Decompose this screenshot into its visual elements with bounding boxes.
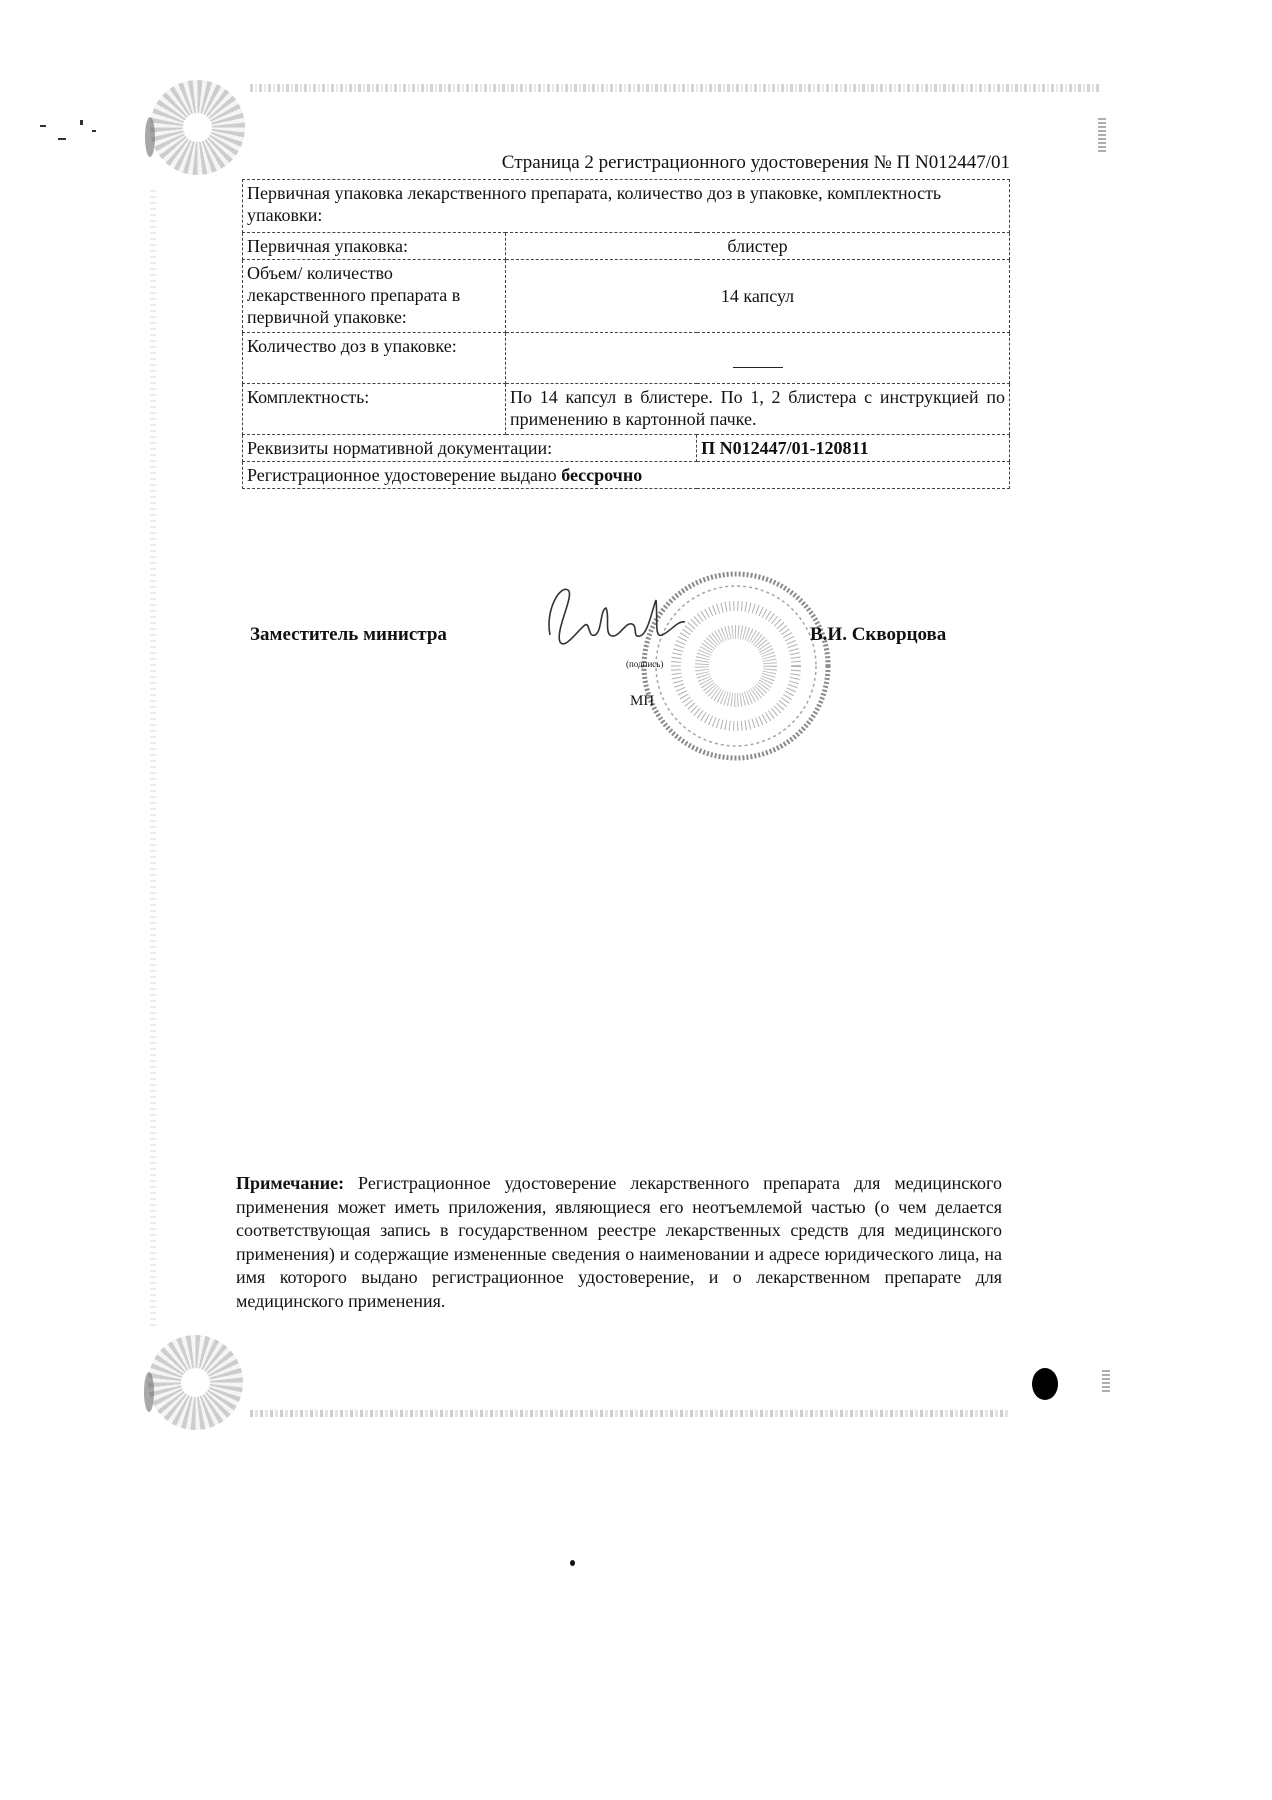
table-header-cell: Первичная упаковка лекарственного препар… (243, 180, 1010, 233)
scan-speck (40, 125, 46, 127)
registration-table: Первичная упаковка лекарственного препар… (242, 179, 1010, 489)
table-row: Комплектность: По 14 капсул в блистере. … (243, 384, 1010, 435)
seal-place-label: МП (630, 693, 654, 710)
ornament-edge-icon (1102, 1370, 1110, 1392)
validity-cell: Регистрационное удостоверение выдано бес… (243, 462, 1010, 489)
table-row: Реквизиты нормативной документации: П N0… (243, 435, 1010, 462)
handwritten-signature (540, 580, 700, 660)
decorative-border-bottom (250, 1410, 1010, 1417)
row-label: Количество доз в упаковке: (243, 333, 506, 384)
note-label: Примечание: (236, 1173, 344, 1193)
table-row: Объем/ количество лекарственного препара… (243, 260, 1010, 333)
decorative-border-left (150, 190, 156, 1330)
table-row: Первичная упаковка: блистер (243, 233, 1010, 260)
signature-caption: (подпись) (626, 659, 663, 669)
validity-emphasis: бессрочно (561, 465, 642, 485)
hole-punch-mark (1032, 1368, 1058, 1400)
row-label: Комплектность: (243, 384, 506, 435)
table-row: Количество доз в упаковке: (243, 333, 1010, 384)
row-label: Объем/ количество лекарственного препара… (243, 260, 506, 333)
validity-text: Регистрационное удостоверение выдано (247, 465, 561, 485)
scan-speck (80, 120, 83, 125)
decorative-border-top (250, 84, 1100, 92)
scan-speck (570, 1560, 575, 1566)
normative-docs-label: Реквизиты нормативной документации: (243, 435, 697, 462)
empty-value-dash (733, 367, 783, 368)
table-row: Регистрационное удостоверение выдано бес… (243, 462, 1010, 489)
note-paragraph: Примечание: Регистрационное удостоверени… (236, 1172, 1002, 1313)
normative-docs-value: П N012447/01-120811 (697, 435, 1010, 462)
signatory-name: В.И. Скворцова (810, 624, 946, 646)
ornament-edge-icon (145, 117, 155, 157)
scan-speck (92, 130, 96, 132)
page-heading: Страница 2 регистрационного удостоверени… (440, 152, 1010, 174)
rosette-ornament-icon (148, 1335, 243, 1430)
row-value-empty (506, 333, 1010, 384)
table-header-row: Первичная упаковка лекарственного препар… (243, 180, 1010, 233)
signatory-title: Заместитель министра (250, 624, 447, 646)
row-value: 14 капсул (506, 260, 1010, 333)
scan-speck (58, 138, 66, 140)
row-value: блистер (506, 233, 1010, 260)
row-value: По 14 капсул в блистере. По 1, 2 блистер… (506, 384, 1010, 435)
rosette-ornament-icon (150, 80, 245, 175)
note-text: Регистрационное удостоверение лекарствен… (236, 1173, 1002, 1311)
ornament-edge-icon (1098, 118, 1106, 152)
row-label: Первичная упаковка: (243, 233, 506, 260)
ornament-edge-icon (144, 1372, 154, 1412)
